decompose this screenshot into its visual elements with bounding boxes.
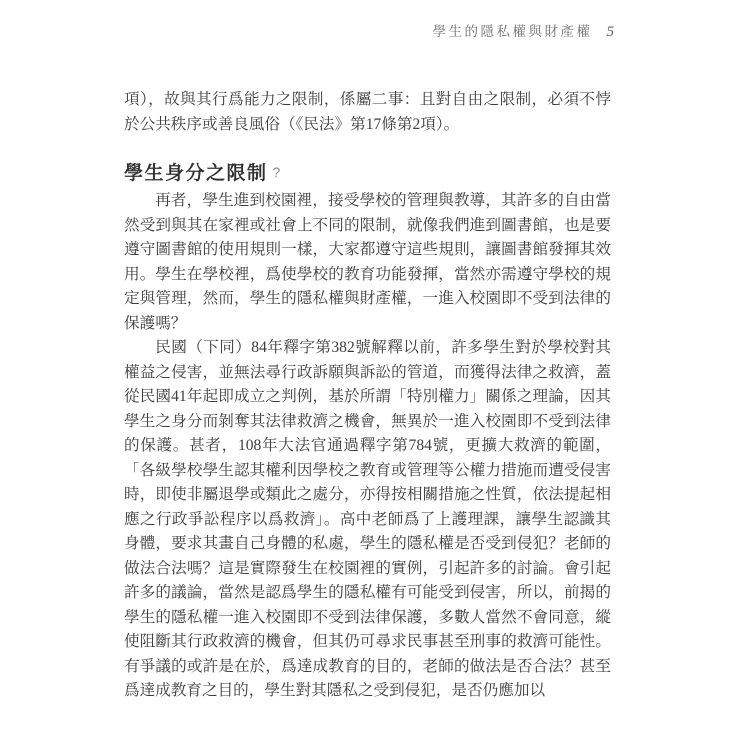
running-header: 學生的隱私權與財產權5 — [124, 20, 614, 41]
running-header-title: 學生的隱私權與財產權 — [433, 24, 593, 39]
section-heading-text: 學生身分之限制 — [124, 163, 268, 184]
section-heading: 學生身分之限制? — [124, 159, 611, 187]
book-page: 學生的隱私權與財產權5 項），故與其行爲能力之限制，係屬二事：且對自由之限制，必… — [0, 0, 750, 750]
section-heading-question-mark: ? — [273, 164, 281, 180]
paragraph: 再者，學生進到校園裡，接受學校的管理與教導，其許多的自由當然受到與其在家裡或社會… — [124, 189, 611, 336]
paragraph-continued-from-previous-page: 項），故與其行爲能力之限制，係屬二事：且對自由之限制，必須不悖於公共秩序或善良風… — [124, 88, 611, 137]
page-body: 項），故與其行爲能力之限制，係屬二事：且對自由之限制，必須不悖於公共秩序或善良風… — [124, 88, 611, 704]
paragraph: 民國（下同）84年釋字第382號解釋以前，許多學生對於學校對其權益之侵害，並無法… — [124, 336, 611, 704]
page-number: 5 — [607, 24, 615, 41]
